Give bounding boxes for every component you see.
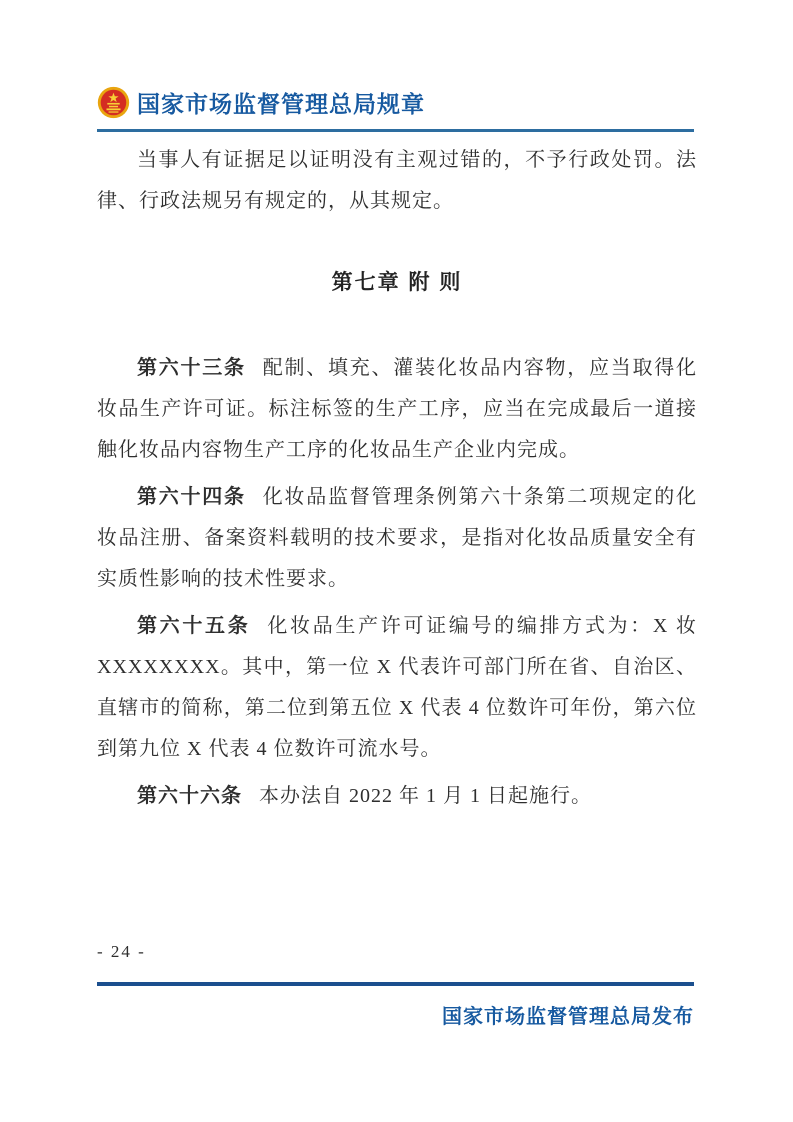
article-65-number: 第六十五条 bbox=[137, 615, 250, 637]
document-page: 国家市场监督管理总局规章 当事人有证据足以证明没有主观过错的，不予行政处罚。法律… bbox=[0, 0, 793, 1122]
intro-paragraph: 当事人有证据足以证明没有主观过错的，不予行政处罚。法律、行政法规另有规定的，从其… bbox=[97, 140, 697, 222]
page-number: - 24 - bbox=[97, 940, 694, 964]
article-63-number: 第六十三条 bbox=[137, 357, 246, 379]
document-body: 当事人有证据足以证明没有主观过错的，不予行政处罚。法律、行政法规另有规定的，从其… bbox=[97, 140, 697, 823]
header-row: 国家市场监督管理总局规章 bbox=[97, 84, 694, 120]
article-63: 第六十三条配制、填充、灌装化妆品内容物，应当取得化妆品生产许可证。标注标签的生产… bbox=[97, 348, 697, 471]
article-64-number: 第六十四条 bbox=[137, 486, 246, 508]
article-66: 第六十六条本办法自 2022 年 1 月 1 日起施行。 bbox=[97, 776, 697, 817]
article-66-number: 第六十六条 bbox=[137, 785, 242, 807]
article-64: 第六十四条化妆品监督管理条例第六十条第二项规定的化妆品注册、备案资料载明的技术要… bbox=[97, 477, 697, 600]
document-footer: - 24 - 国家市场监督管理总局发布 bbox=[97, 940, 694, 1032]
header-title: 国家市场监督管理总局规章 bbox=[137, 86, 425, 119]
article-66-text: 本办法自 2022 年 1 月 1 日起施行。 bbox=[259, 785, 592, 807]
article-65: 第六十五条化妆品生产许可证编号的编排方式为：X 妆 XXXXXXXX。其中，第一… bbox=[97, 606, 697, 770]
chapter-heading: 第七章 附 则 bbox=[97, 267, 697, 299]
publisher-label: 国家市场监督管理总局发布 bbox=[97, 1002, 694, 1032]
document-header: 国家市场监督管理总局规章 bbox=[97, 84, 694, 132]
header-divider bbox=[97, 129, 694, 132]
national-emblem-icon bbox=[97, 86, 130, 119]
footer-divider bbox=[97, 982, 694, 986]
